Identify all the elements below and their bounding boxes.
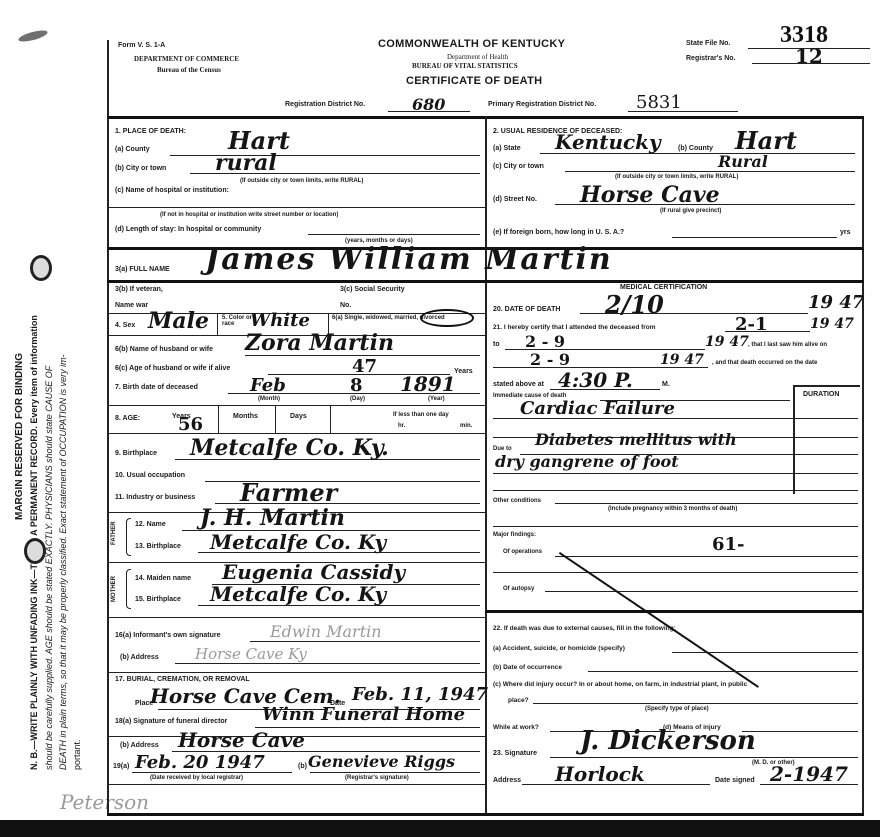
birthplace-value: Metcalfe Co. Ky. bbox=[190, 435, 389, 461]
frame-bottom bbox=[107, 813, 864, 816]
month-hint: (Month) bbox=[258, 396, 280, 402]
age-min-label: min. bbox=[460, 423, 472, 429]
injury-place-label: (c) Where did injury occur? In or about … bbox=[493, 681, 747, 688]
res-county-value: Hart bbox=[735, 126, 797, 155]
spouse-label: 6(b) Name of husband or wife bbox=[115, 346, 213, 353]
res-street-value: Horse Cave bbox=[580, 182, 720, 208]
hospital-label: (c) Name of hospital or institution: bbox=[115, 187, 229, 194]
divider-after-name bbox=[107, 280, 864, 283]
attended-from-value: 2-1 bbox=[735, 314, 768, 335]
res-city-label: (c) City or town bbox=[493, 163, 544, 170]
primary-reg-label: Primary Registration District No. bbox=[488, 101, 596, 108]
age-days-label: Days bbox=[290, 413, 307, 420]
birth-month-value: Feb bbox=[250, 375, 286, 396]
funeral-address-value: Horse Cave bbox=[178, 728, 305, 752]
due-to-value-1: Diabetes mellitus with bbox=[535, 430, 737, 449]
place-of-death-heading: 1. PLACE OF DEATH: bbox=[115, 128, 186, 135]
foreign-born-label: (e) If foreign born, how long in U. S. A… bbox=[493, 229, 624, 236]
father-side-label: FATHER bbox=[111, 521, 117, 545]
mother-birthplace-label: 15. Birthplace bbox=[135, 596, 181, 603]
date-of-death-value: 2/10 bbox=[605, 290, 664, 319]
date-signed-value: 2-1947 bbox=[770, 762, 848, 786]
burial-date-value: Feb. 11, 1947 bbox=[352, 684, 488, 705]
foreign-born-unit: yrs bbox=[840, 229, 851, 236]
date-of-death-year: 19 47 bbox=[808, 292, 864, 313]
margin-line-2: should be carefully supplied. AGE should… bbox=[44, 366, 54, 770]
death-occurred-text: , and that death occurred on the date bbox=[712, 360, 817, 366]
operations-label: Of operations bbox=[503, 549, 542, 555]
res-street-hint: (If rural give precinct) bbox=[660, 208, 721, 214]
last-seen-text: , that I last saw him alive on bbox=[748, 342, 827, 348]
res-state-label: (a) State bbox=[493, 145, 521, 152]
external-causes-heading: 22. If death was due to external causes,… bbox=[493, 625, 676, 632]
age-months-label: Months bbox=[233, 413, 258, 420]
registrar-number: 12 bbox=[795, 44, 823, 68]
attended-to-year: 19 47 bbox=[705, 334, 749, 350]
registrar-signature-hint: (Registrar's signature) bbox=[345, 775, 409, 781]
veteran-war-label: Name war bbox=[115, 302, 148, 309]
reg-district-label: Registration District No. bbox=[285, 101, 365, 108]
time-suffix: M. bbox=[662, 381, 670, 388]
reg-district-number: 680 bbox=[412, 95, 445, 114]
form-number: Form V. S. 1-A bbox=[118, 42, 165, 49]
operations-value: 61- bbox=[712, 534, 745, 555]
margin-binding-label: MARGIN RESERVED FOR BINDING bbox=[14, 353, 25, 520]
industry-label: 11. Industry or business bbox=[115, 494, 195, 501]
scan-smudge bbox=[17, 28, 48, 43]
physician-address-label: Address bbox=[493, 777, 521, 784]
sex-value: Male bbox=[148, 308, 209, 334]
binding-hole-top bbox=[30, 255, 52, 281]
received-date-value: Feb. 20 1947 bbox=[135, 752, 265, 773]
res-county-label: (b) County bbox=[678, 145, 713, 152]
father-birthplace-value: Metcalfe Co. Ky bbox=[210, 530, 386, 554]
full-name-label: 3(a) FULL NAME bbox=[115, 266, 170, 273]
bureau-vital-label: BUREAU OF VITAL STATISTICS bbox=[412, 62, 518, 70]
year-hint: (Year) bbox=[428, 396, 445, 402]
funeral-director-label: 18(a) Signature of funeral director bbox=[115, 718, 227, 725]
father-bracket bbox=[126, 518, 131, 556]
sex-label: 4. Sex bbox=[115, 322, 135, 329]
father-name-label: 12. Name bbox=[135, 521, 166, 528]
physician-address-value: Horlock bbox=[555, 762, 645, 786]
injury-place-hint: (Specify type of place) bbox=[645, 706, 709, 712]
burial-heading: 17. BURIAL, CREMATION, OR REMOVAL bbox=[115, 676, 250, 683]
physician-signature-value: J. Dickerson bbox=[580, 726, 756, 756]
birth-day-value: 8 bbox=[350, 375, 363, 396]
immediate-cause-value: Cardiac Failure bbox=[520, 398, 675, 419]
res-street-label: (d) Street No. bbox=[493, 196, 537, 203]
city-hint: (If outside city or town limits, write R… bbox=[240, 178, 363, 184]
birthplace-label: 9. Birthplace bbox=[115, 450, 157, 457]
other-conditions-label: Other conditions bbox=[493, 498, 541, 504]
age-hr-label: hr. bbox=[398, 423, 405, 429]
spouse-age-unit: Years bbox=[454, 368, 473, 375]
age-label: 8. AGE: bbox=[115, 415, 140, 422]
mother-birthplace-value: Metcalfe Co. Ky bbox=[210, 582, 386, 606]
mother-bracket bbox=[126, 569, 131, 609]
bureau-census-label: Bureau of the Census bbox=[157, 66, 221, 74]
stay-label: (d) Length of stay: In hospital or commu… bbox=[115, 226, 261, 233]
veteran-label: 3(b) If veteran, bbox=[115, 286, 163, 293]
mother-name-label: 14. Maiden name bbox=[135, 575, 191, 582]
stated-above-label: stated above at bbox=[493, 381, 544, 388]
due-to-value-2: dry gangrene of foot bbox=[495, 452, 679, 471]
department-label: DEPARTMENT OF COMMERCE bbox=[134, 55, 239, 63]
registrar-sig-label: (b) bbox=[298, 763, 307, 770]
other-conditions-hint: (Include pregnancy within 3 months of de… bbox=[608, 506, 737, 512]
frame-left bbox=[107, 40, 109, 815]
injury-place-label-2: place? bbox=[508, 697, 529, 704]
date-of-death-label: 20. DATE OF DEATH bbox=[493, 306, 560, 313]
attended-to-value: 2 - 9 bbox=[525, 332, 565, 351]
city-label: (b) City or town bbox=[115, 165, 166, 172]
occupation-label: 10. Usual occupation bbox=[115, 472, 185, 479]
attended-from-label: 21. I hereby certify that I attended the… bbox=[493, 324, 656, 331]
physician-signature-label: 23. Signature bbox=[493, 750, 537, 757]
spouse-value: Zora Martin bbox=[245, 330, 394, 356]
marital-circle bbox=[420, 309, 474, 327]
father-birthplace-label: 13. Birthplace bbox=[135, 543, 181, 550]
last-seen-value: 2 - 9 bbox=[530, 350, 570, 369]
birth-year-value: 1891 bbox=[400, 372, 456, 396]
margin-line-3: DEATH in plain terms, so that it may be … bbox=[58, 354, 68, 770]
major-findings-label: Major findings: bbox=[493, 532, 536, 538]
certificate-title: CERTIFICATE OF DEATH bbox=[406, 75, 542, 87]
spouse-age-label: 6(c) Age of husband or wife if alive bbox=[115, 365, 230, 372]
date-signed-label: Date signed bbox=[715, 777, 755, 784]
day-hint: (Day) bbox=[350, 396, 365, 402]
frame-right bbox=[862, 116, 864, 816]
informant-address-value: Horse Cave Ky bbox=[195, 645, 307, 663]
res-city-hint: (If outside city or town limits, write R… bbox=[615, 174, 738, 180]
while-at-work-label: While at work? bbox=[493, 724, 539, 731]
duration-box bbox=[793, 385, 860, 494]
industry-value: Farmer bbox=[240, 478, 337, 507]
primary-reg-number: 5831 bbox=[636, 92, 682, 113]
color-value: White bbox=[250, 310, 310, 331]
state-file-label: State File No. bbox=[686, 40, 730, 47]
informant-address-label: (b) Address bbox=[120, 654, 159, 661]
binding-hole-bottom bbox=[24, 538, 46, 564]
time-of-death-value: 4:30 P. bbox=[558, 368, 633, 392]
informant-signature-value: Edwin Martin bbox=[270, 622, 382, 641]
ssn-label: 3(c) Social Security bbox=[340, 286, 405, 293]
mother-name-value: Eugenia Cassidy bbox=[222, 560, 405, 584]
res-city-value: Rural bbox=[718, 152, 768, 171]
hospital-hint: (If not in hospital or institution write… bbox=[160, 212, 338, 218]
spouse-age-value: 47 bbox=[352, 356, 377, 377]
informant-signature-label: 16(a) Informant's own signature bbox=[115, 632, 221, 639]
margin-line-4: portant. bbox=[72, 739, 82, 770]
registrar-signature-value: Genevieve Riggs bbox=[308, 752, 455, 771]
birth-date-label: 7. Birth date of deceased bbox=[115, 384, 198, 391]
dept-health-label: Department of Health bbox=[447, 53, 508, 61]
date-occurrence-label: (b) Date of occurrence bbox=[493, 664, 562, 671]
attended-from-year: 19 47 bbox=[810, 316, 854, 332]
county-label: (a) County bbox=[115, 146, 150, 153]
margin-footer-note: Peterson bbox=[60, 790, 149, 814]
attended-to-label: to bbox=[493, 341, 500, 348]
res-state-value: Kentucky bbox=[555, 130, 661, 154]
autopsy-label: Of autopsy bbox=[503, 586, 534, 592]
funeral-director-value: Winn Funeral Home bbox=[262, 704, 465, 725]
mother-side-label: MOTHER bbox=[111, 576, 117, 602]
commonwealth-title: COMMONWEALTH OF KENTUCKY bbox=[378, 38, 565, 50]
age-less-day-label: If less than one day bbox=[393, 412, 449, 418]
center-divider bbox=[485, 116, 487, 813]
ssn-no-label: No. bbox=[340, 302, 351, 309]
full-name-value: James William Martin bbox=[205, 242, 613, 277]
registrar-no-label: Registrar's No. bbox=[686, 55, 736, 62]
duration-label: DURATION bbox=[803, 391, 839, 398]
father-name-value: J. H. Martin bbox=[200, 505, 345, 531]
age-years-value: 56 bbox=[178, 414, 203, 435]
city-value: rural bbox=[215, 150, 277, 176]
last-seen-year: 19 47 bbox=[660, 352, 704, 368]
funeral-address-label: (b) Address bbox=[120, 742, 159, 749]
received-date-hint: (Date received by local registrar) bbox=[150, 775, 243, 781]
accident-label: (a) Accident, suicide, or homicide (spec… bbox=[493, 645, 625, 652]
scan-bottom-edge bbox=[0, 820, 880, 837]
received-date-label: 19(a) bbox=[113, 763, 129, 770]
